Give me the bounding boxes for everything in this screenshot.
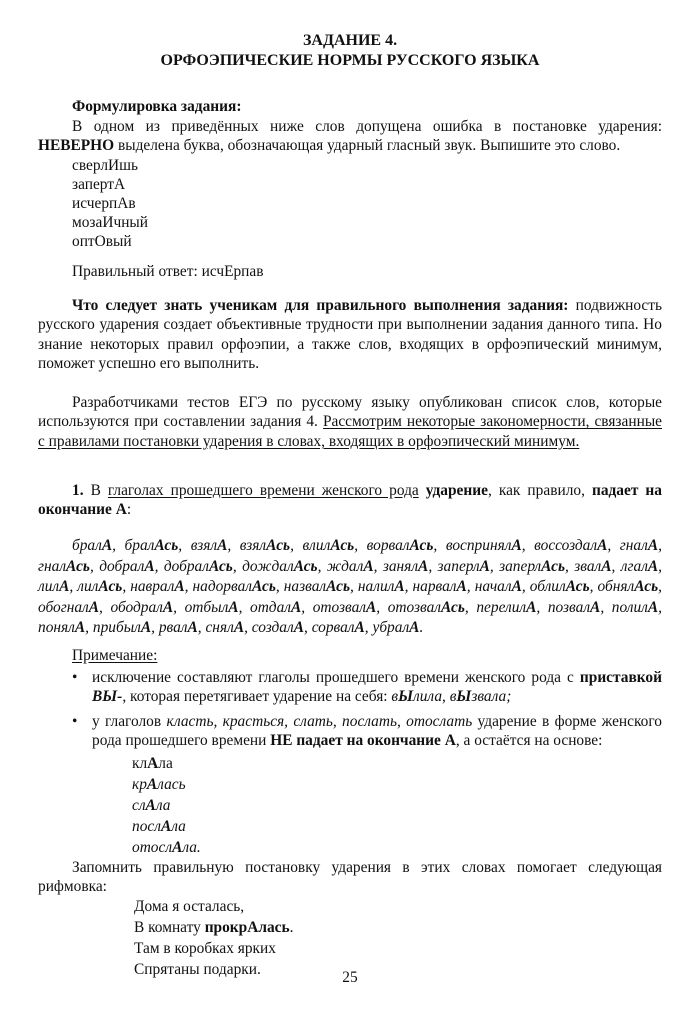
knowledge-heading: Что следует знать ученикам для правильно… [72, 297, 568, 314]
bullet-icon: • [72, 712, 77, 731]
stress-word: добралАсь [164, 558, 233, 575]
stress-word-list: бралА, бралАсь, взялА, взялАсь, влилАсь,… [38, 536, 662, 639]
stress-word: навралА [130, 578, 184, 595]
rule-1-paragraph: 1. В глаголах прошедшего времени женског… [38, 481, 662, 520]
stress-word: заперлА [438, 558, 490, 575]
stress-word: заперлАсь [499, 558, 565, 575]
stress-word: началА [475, 578, 522, 595]
stress-word: добралА [99, 558, 154, 575]
exception-kralas: крАлась [132, 775, 186, 794]
option-4: мозаИчный [72, 213, 148, 232]
note-bullet-1: • исключение составляют глаголы прошедше… [38, 668, 662, 707]
stress-word: отдалА [250, 599, 301, 616]
stress-word: облилАсь [530, 578, 590, 595]
stress-word: отозвалАсь [388, 599, 465, 616]
stress-word: воссоздалА [534, 537, 607, 554]
stress-word: звалА [574, 558, 611, 575]
stress-word: ждалА [327, 558, 374, 575]
option-2: запертА [72, 175, 125, 194]
stress-word: гналА [620, 537, 658, 554]
task-emphasis: НЕВЕРНО [38, 137, 114, 154]
stress-word: лилАсь [77, 578, 122, 595]
stress-word: взялАсь [240, 537, 290, 554]
option-3: исчерпАв [72, 194, 136, 213]
stress-word: влилАсь [303, 537, 355, 554]
stress-word: бралАсь [125, 537, 179, 554]
stress-word: занялА [383, 558, 428, 575]
stress-word: снялА [205, 619, 244, 636]
stress-word: ворвалАсь [367, 537, 434, 554]
stress-word: лилА [38, 578, 69, 595]
task-statement: В одном из приведённых ниже слов допущен… [38, 117, 662, 156]
stress-word: дождалАсь [242, 558, 318, 575]
exception-klala: клАла [132, 754, 173, 773]
stress-word: отозвалА [313, 599, 377, 616]
task-heading: Формулировка задания: [72, 97, 662, 116]
section-title: ОРФОЭПИЧЕСКИЕ НОРМЫ РУССКОГО ЯЗЫКА [38, 51, 662, 71]
task-number-title: ЗАДАНИЕ 4. [38, 31, 662, 51]
stress-word: позвалА [548, 599, 600, 616]
bullet-icon: • [72, 668, 77, 687]
stress-word: отбылА [185, 599, 239, 616]
example-vylila: вЫлила [391, 688, 442, 705]
stress-word: рвалА [159, 619, 198, 636]
stress-word: бралА [72, 537, 112, 554]
option-5: оптОвый [72, 232, 132, 251]
option-1: сверлИшь [72, 156, 138, 175]
stress-word: обнялАсь [598, 578, 659, 595]
stress-word: воспринялА [446, 537, 522, 554]
poem-line-1: Дома я осталась, [134, 896, 294, 917]
stress-word: надорвалАсь [192, 578, 275, 595]
stress-word: перелилА [476, 599, 536, 616]
example-vyzvala: вЫзвала; [450, 688, 512, 705]
stress-word: гналАсь [38, 558, 90, 575]
correct-answer: Правильный ответ: исчЕрпав [72, 262, 264, 281]
stress-word: назвалАсь [284, 578, 350, 595]
stress-word: взялА [191, 537, 228, 554]
stress-word: лгалА [621, 558, 658, 575]
note-heading: Примечание: [72, 646, 157, 665]
stress-word: полилА [612, 599, 658, 616]
stress-word: сорвалА [312, 619, 365, 636]
stress-word: убралА [372, 619, 419, 636]
stress-word: налилА [358, 578, 405, 595]
knowledge-paragraph: Что следует знать ученикам для правильно… [38, 296, 662, 374]
stress-word: нарвалА [413, 578, 467, 595]
exception-otoslala: отослАла. [132, 838, 201, 857]
stress-word: создалА [252, 619, 304, 636]
stress-word: ободралА [110, 599, 173, 616]
page-number: 25 [38, 968, 662, 987]
stress-word: прибылА [93, 619, 151, 636]
developers-paragraph: Разработчиками тестов ЕГЭ по русскому яз… [38, 393, 662, 451]
note-bullet-2: • у глаголов класть, красться, слать, по… [38, 712, 662, 751]
poem-line-2: В комнату прокрАлась. [134, 917, 294, 938]
stress-word: понялА [38, 619, 85, 636]
poem-line-3: Там в коробках ярких [134, 938, 294, 959]
exception-slala: слАла [132, 796, 170, 815]
stress-word: обогналА [38, 599, 99, 616]
exception-poslala: послАла [132, 817, 186, 836]
mnemonic-intro: Запомнить правильную постановку ударения… [38, 858, 662, 897]
